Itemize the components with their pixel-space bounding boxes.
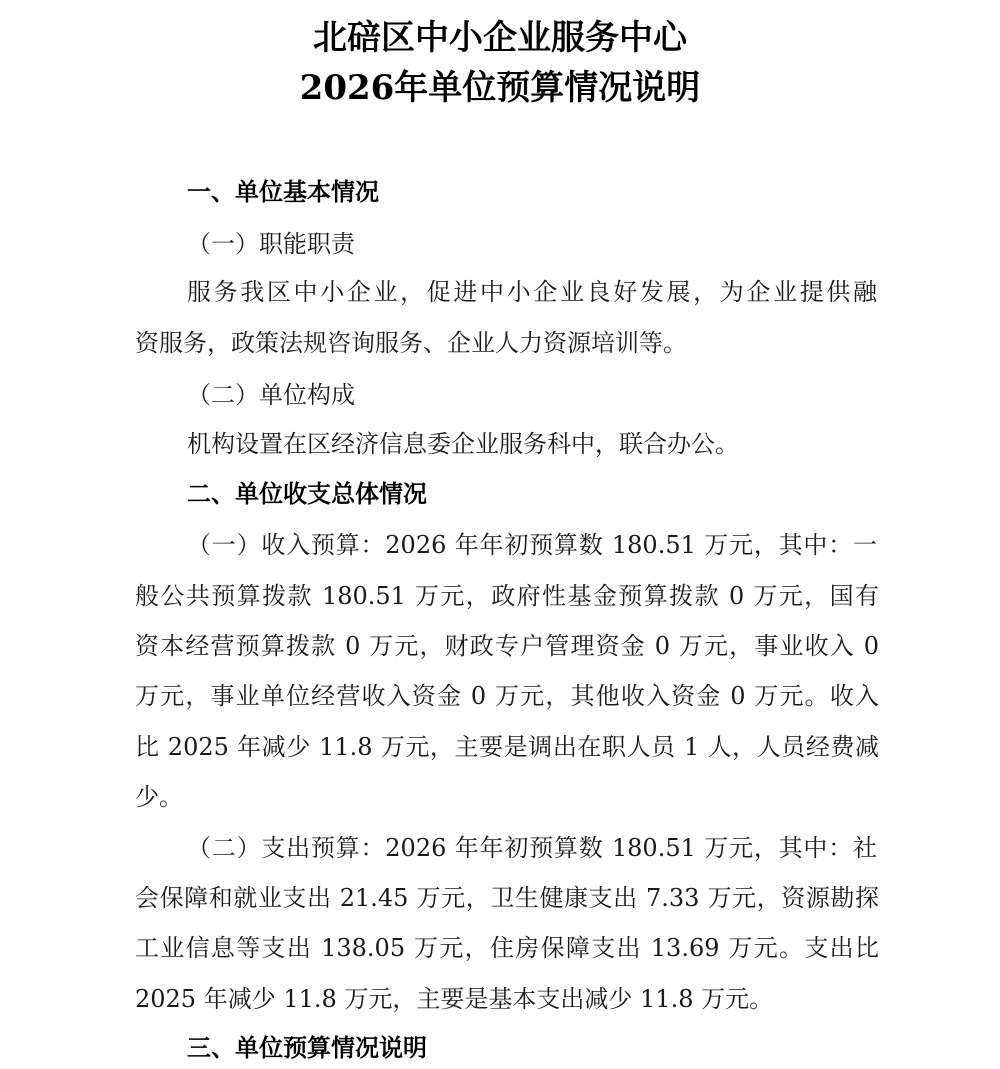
income-paragraph-line: 万元，事业单位经营收入资金 0 万元，其他收入资金 0 万元。收入 — [135, 676, 879, 711]
section-heading-basic-info: 一、单位基本情况 — [187, 172, 379, 207]
paragraph-line: 资服务，政策法规咨询服务、企业人力资源培训等。 — [135, 323, 687, 358]
expense-paragraph-line: （二）支出预算：2026 年年初预算数 180.51 万元，其中：社 — [187, 828, 877, 863]
document-title-line2: 2026年单位预算情况说明 — [0, 60, 1000, 109]
subsection-heading-composition: （二）单位构成 — [187, 375, 355, 410]
paragraph-line: 机构设置在区经济信息委企业服务科中，联合办公。 — [187, 424, 739, 459]
document-title-line1: 北碚区中小企业服务中心 — [0, 10, 1000, 59]
income-paragraph-line: （一）收入预算：2026 年年初预算数 180.51 万元，其中：一 — [187, 525, 877, 560]
section-heading-budget-details: 三、单位预算情况说明 — [187, 1028, 427, 1063]
income-paragraph-line: 比 2025 年减少 11.8 万元，主要是调出在职人员 1 人，人员经费减 — [135, 727, 879, 762]
income-paragraph-line: 资本经营预算拨款 0 万元，财政专户管理资金 0 万元，事业收入 0 — [135, 626, 879, 661]
subsection-heading-functions: （一）职能职责 — [187, 224, 355, 259]
expense-paragraph-line: 会保障和就业支出 21.45 万元，卫生健康支出 7.33 万元，资源勘探 — [135, 878, 879, 913]
income-paragraph-line: 少。 — [135, 777, 183, 812]
expense-paragraph-line: 工业信息等支出 138.05 万元，住房保障支出 13.69 万元。支出比 — [135, 928, 879, 963]
income-paragraph-line: 般公共预算拨款 180.51 万元，政府性基金预算拨款 0 万元，国有 — [135, 576, 879, 611]
paragraph-line: 服务我区中小企业，促进中小企业良好发展，为企业提供融 — [187, 272, 877, 307]
expense-paragraph-line: 2025 年减少 11.8 万元，主要是基本支出减少 11.8 万元。 — [135, 979, 773, 1014]
section-heading-budget-overview: 二、单位收支总体情况 — [187, 474, 427, 509]
